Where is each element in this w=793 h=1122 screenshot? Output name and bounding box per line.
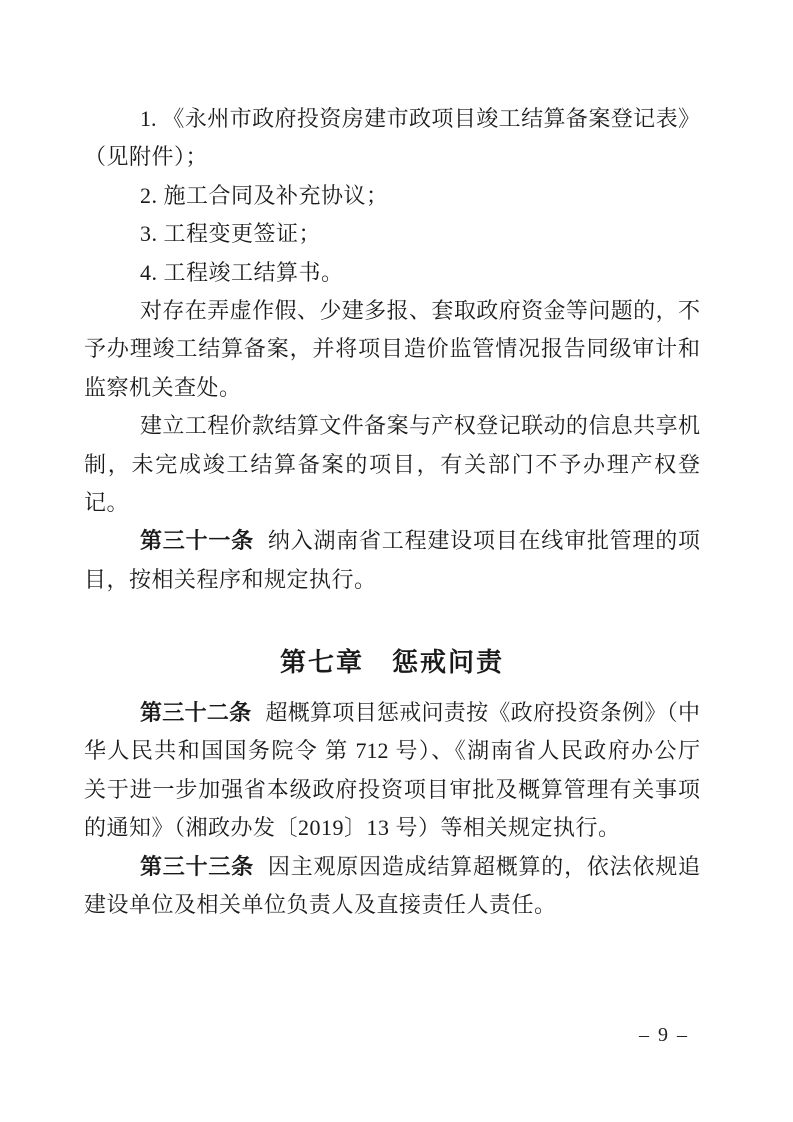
- article-32-line-1: 第三十二条超概算项目惩戒问责按《政府投资条例》（中: [84, 694, 700, 732]
- article-32-line-4: 的通知》（湘政办发〔2019〕13 号）等相关规定执行。: [84, 809, 700, 847]
- paragraph-fraud-line-2: 予办理竣工结算备案，并将项目造价监管情况报告同级审计和: [84, 330, 700, 368]
- page-number: – 9 –: [639, 1024, 689, 1047]
- article-32-line-2: 华人民共和国国务院令 第 712 号）、《湖南省人民政府办公厅: [84, 732, 700, 770]
- paragraph-registry-link-line-3: 记。: [84, 484, 700, 522]
- article-33-line-2: 建设单位及相关单位负责人及直接责任人责任。: [84, 886, 700, 924]
- article-32-text: 超概算项目惩戒问责按《政府投资条例》（中: [265, 700, 700, 725]
- document-page: 1. 《永州市政府投资房建市政项目竣工结算备案登记表》 （见附件）； 2. 施工…: [0, 0, 793, 1122]
- attachment-list-item-4: 4. 工程竣工结算书。: [84, 254, 700, 292]
- article-32-number: 第三十二条: [140, 700, 251, 725]
- paragraph-registry-link-line-2: 制，未完成竣工结算备案的项目，有关部门不予办理产权登: [84, 446, 700, 484]
- article-32-line-3: 关于进一步加强省本级政府投资项目审批及概算管理有关事项: [84, 771, 700, 809]
- article-31-text: 纳入湖南省工程建设项目在线审批管理的项: [268, 528, 700, 553]
- chapter-7-heading: 第七章 惩戒问责: [84, 642, 700, 682]
- attachment-list-item-3: 3. 工程变更签证；: [84, 215, 700, 253]
- attachment-list-item-2: 2. 施工合同及补充协议；: [84, 177, 700, 215]
- paragraph-registry-link-line-1: 建立工程价款结算文件备案与产权登记联动的信息共享机: [84, 407, 700, 445]
- article-31-line-1: 第三十一条纳入湖南省工程建设项目在线审批管理的项: [84, 522, 700, 560]
- attachment-list-item-1-line-1: 1. 《永州市政府投资房建市政项目竣工结算备案登记表》: [84, 100, 700, 138]
- attachment-list-item-1-line-2: （见附件）；: [84, 138, 700, 176]
- article-33-number: 第三十三条: [140, 854, 254, 879]
- document-body: 1. 《永州市政府投资房建市政项目竣工结算备案登记表》 （见附件）； 2. 施工…: [84, 100, 700, 924]
- paragraph-fraud-line-3: 监察机关查处。: [84, 369, 700, 407]
- paragraph-fraud-line-1: 对存在弄虚作假、少建多报、套取政府资金等问题的，不: [84, 292, 700, 330]
- article-33-line-1: 第三十三条因主观原因造成结算超概算的，依法依规追究: [84, 848, 700, 886]
- article-31-number: 第三十一条: [140, 528, 254, 553]
- article-31-line-2: 目，按相关程序和规定执行。: [84, 561, 700, 599]
